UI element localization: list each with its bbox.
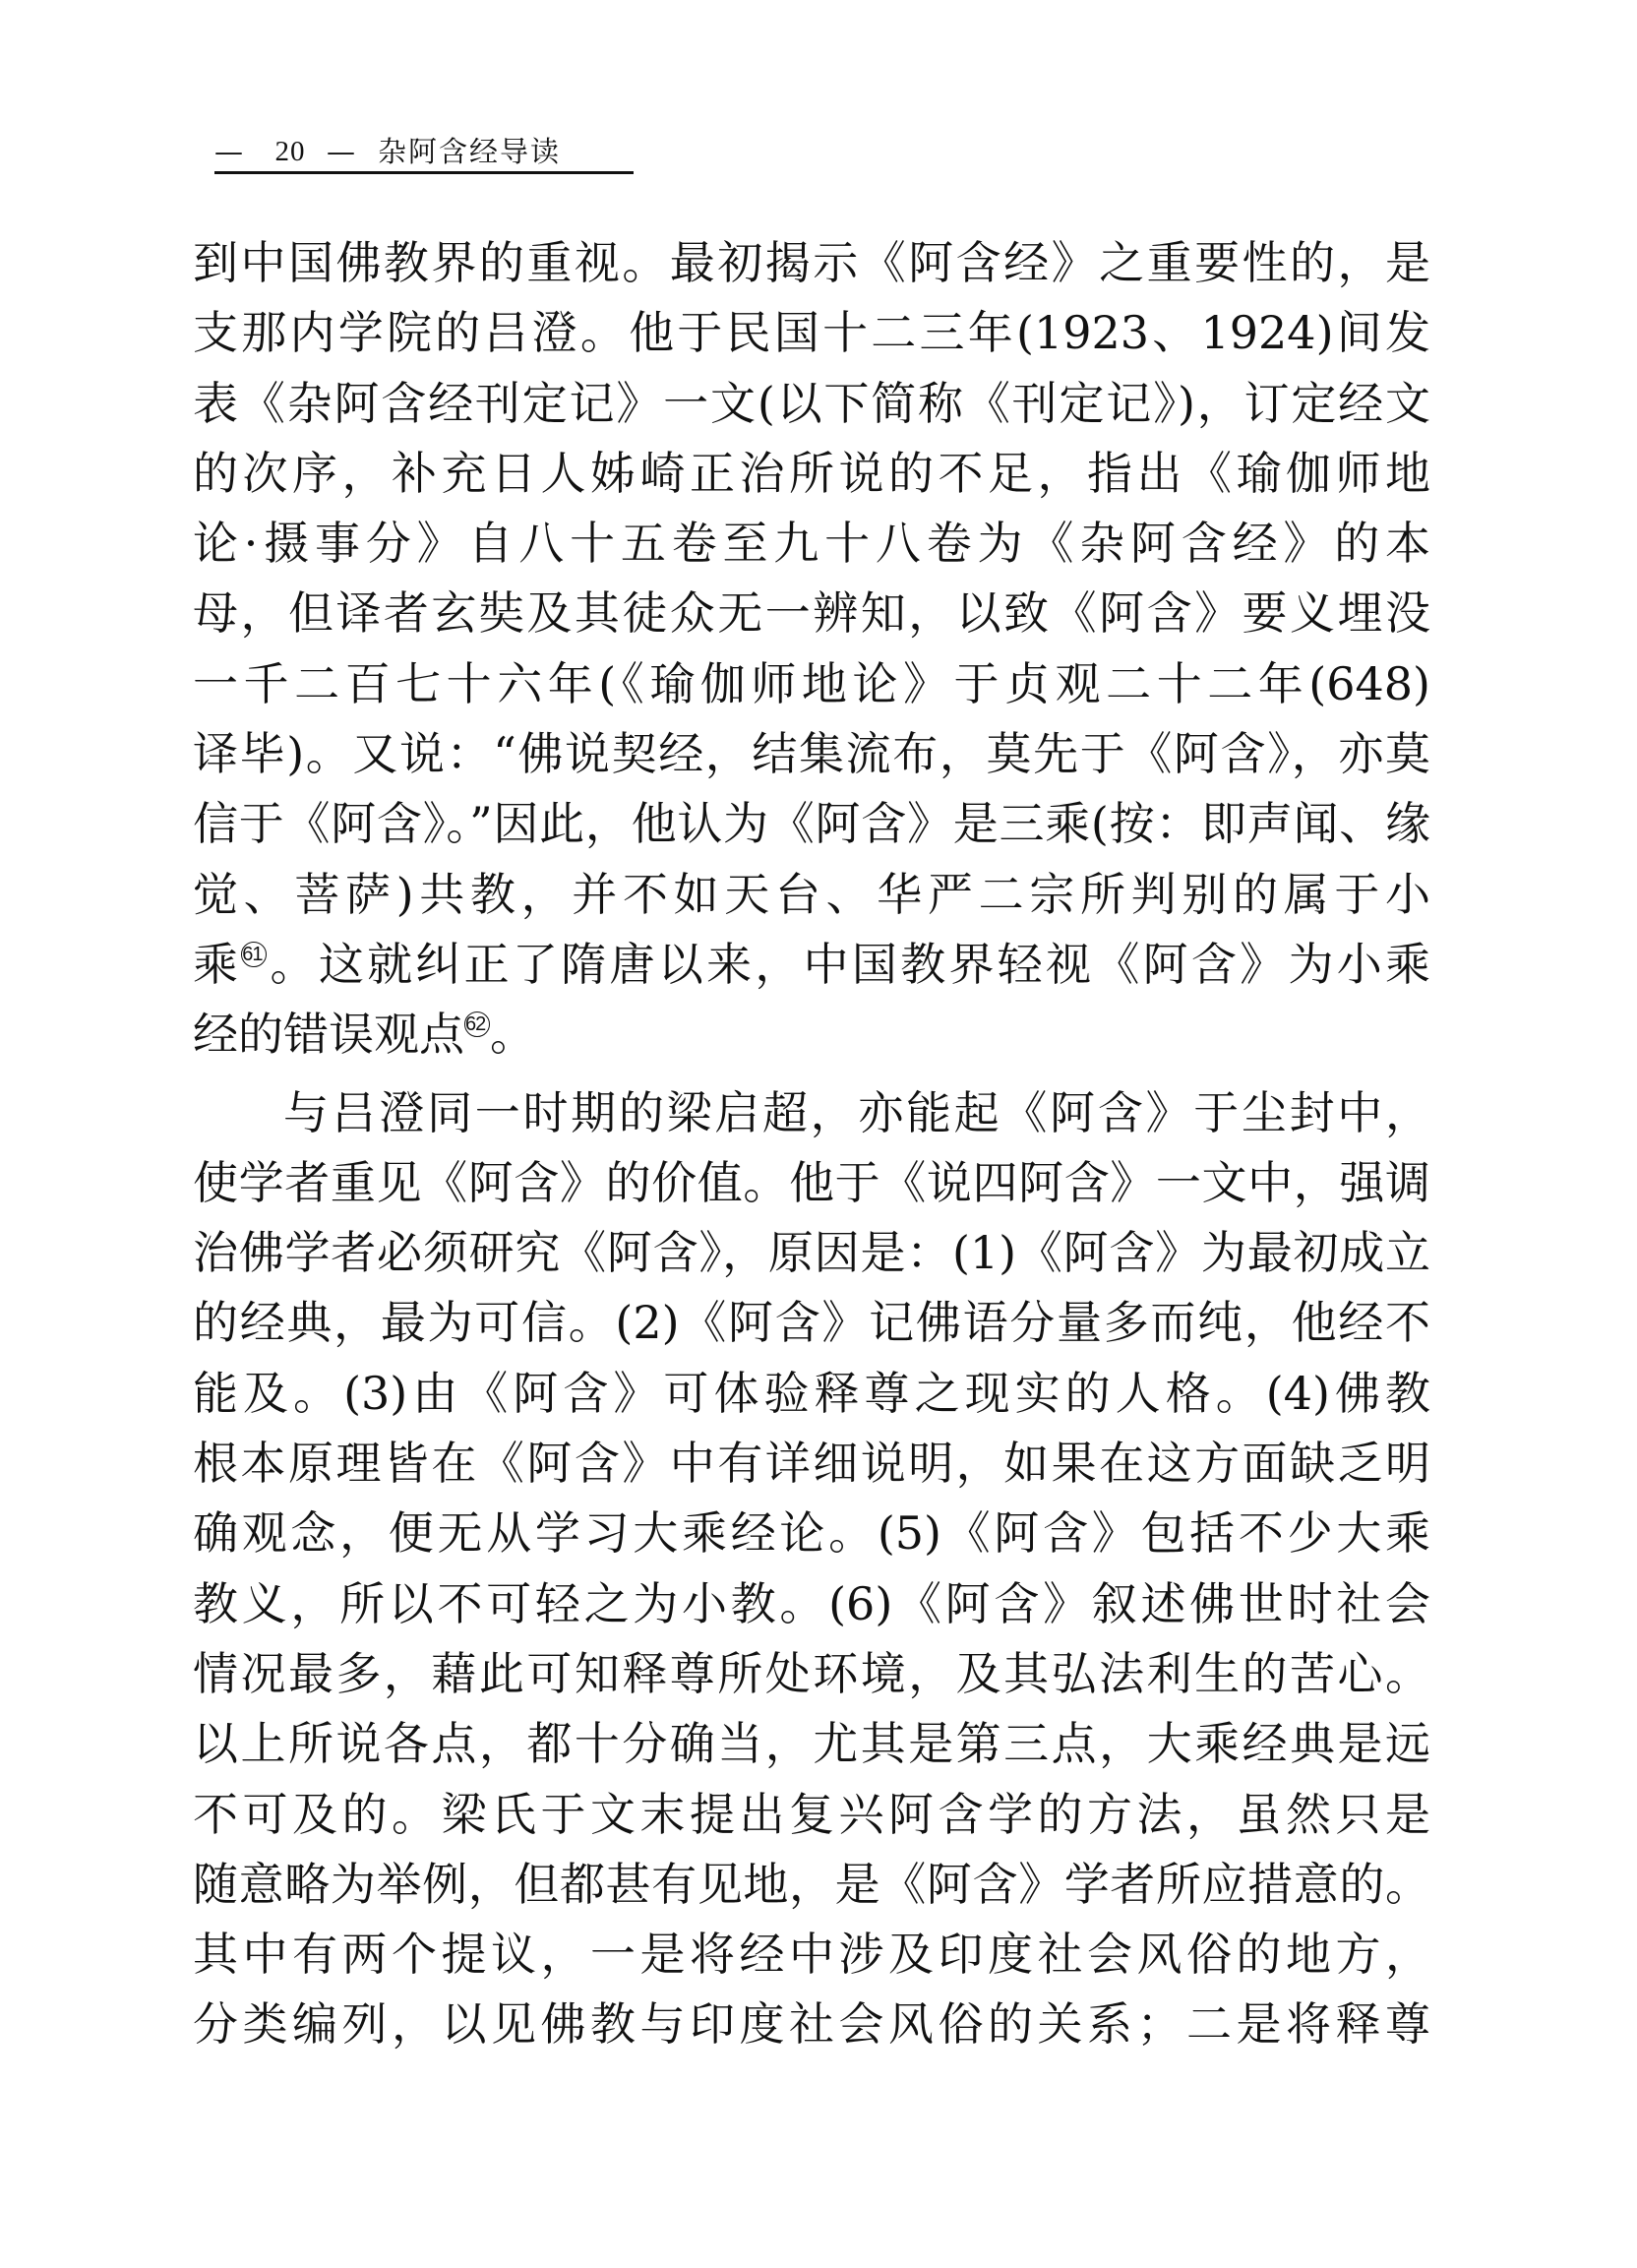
text-fragment: 。这就纠正了隋唐以来，中国教界轻视《阿含》为小乘 [267, 938, 1430, 991]
text-line: 母，但译者玄奘及其徒众无一辨知，以致《阿含》要义埋没 [193, 579, 1430, 648]
text-line: 不可及的。梁氏于文末提出复兴阿含学的方法，虽然只是 [193, 1780, 1430, 1850]
body-text: 到中国佛教界的重视。最初揭示《阿含经》之重要性的，是 支那内学院的吕澄。他于民国… [193, 228, 1430, 2060]
book-title: 杂阿含经导读 [378, 132, 561, 171]
running-header: — 20 — 杂阿含经导读 [214, 128, 634, 174]
paragraph-2: 与吕澄同一时期的梁启超，亦能起《阿含》于尘封中， 使学者重见《阿含》的价值。他于… [193, 1078, 1430, 2060]
text-line: 一千二百七十六年(《瑜伽师地论》于贞观二十二年(648) [193, 649, 1430, 719]
text-fragment: 经的错误观点 [193, 1008, 464, 1061]
text-line: 支那内学院的吕澄。他于民国十二三年(1923、1924)间发 [193, 298, 1430, 368]
text-line: 治佛学者必须研究《阿含》，原因是：(1)《阿含》为最初成立 [193, 1218, 1430, 1288]
text-line: 表《杂阿含经刊定记》一文(以下简称《刊定记》)，订定经文 [193, 369, 1430, 439]
paragraph-1: 到中国佛教界的重视。最初揭示《阿含经》之重要性的，是 支那内学院的吕澄。他于民国… [193, 228, 1430, 1071]
text-fragment: 。 [490, 1008, 535, 1061]
header-dash-right: — [327, 132, 378, 171]
text-line: 以上所说各点，都十分确当，尤其是第三点，大乘经典是远 [193, 1709, 1430, 1779]
text-line: 其中有两个提议，一是将经中涉及印度社会风俗的地方， [193, 1920, 1430, 1990]
text-line: 论·摄事分》自八十五卷至九十八卷为《杂阿含经》的本 [193, 509, 1430, 579]
text-line: 的次序，补充日人姊崎正治所说的不足，指出《瑜伽师地 [193, 439, 1430, 509]
text-line: 根本原理皆在《阿含》中有详细说明，如果在这方面缺乏明 [193, 1429, 1430, 1499]
text-line: 使学者重见《阿含》的价值。他于《说四阿含》一文中，强调 [193, 1148, 1430, 1218]
text-line: 随意略为举例，但都甚有见地，是《阿含》学者所应措意的。 [193, 1850, 1430, 1920]
footnote-marker-62[interactable]: 62 [464, 1011, 490, 1037]
text-line: 能及。(3)由《阿含》可体验释尊之现实的人格。(4)佛教 [193, 1359, 1430, 1429]
text-line: 信于《阿含》。”因此，他认为《阿含》是三乘(按：即声闻、缘 [193, 789, 1430, 859]
text-line: 到中国佛教界的重视。最初揭示《阿含经》之重要性的，是 [193, 228, 1430, 298]
text-line: 分类编列，以见佛教与印度社会风俗的关系；二是将释尊 [193, 1990, 1430, 2059]
text-line-indented: 与吕澄同一时期的梁启超，亦能起《阿含》于尘封中， [193, 1078, 1430, 1148]
text-line-with-footnote: 经的错误观点62。 [193, 1000, 1430, 1070]
page-number: 20 [254, 132, 327, 171]
text-line: 教义，所以不可轻之为小教。(6)《阿含》叙述佛世时社会 [193, 1569, 1430, 1639]
text-line-with-footnote: 乘61。这就纠正了隋唐以来，中国教界轻视《阿含》为小乘 [193, 930, 1430, 1000]
text-line: 情况最多，藉此可知释尊所处环境，及其弘法利生的苦心。 [193, 1639, 1430, 1709]
text-line: 确观念，便无从学习大乘经论。(5)《阿含》包括不少大乘 [193, 1499, 1430, 1568]
header-dash-left: — [214, 132, 254, 171]
footnote-marker-61[interactable]: 61 [241, 942, 267, 967]
text-line: 觉、菩萨)共教，并不如天台、华严二宗所判别的属于小 [193, 860, 1430, 930]
text-fragment: 乘 [193, 938, 241, 991]
text-line: 的经典，最为可信。(2)《阿含》记佛语分量多而纯，他经不 [193, 1288, 1430, 1358]
text-line: 译毕)。又说：“佛说契经，结集流布，莫先于《阿含》，亦莫 [193, 719, 1430, 789]
